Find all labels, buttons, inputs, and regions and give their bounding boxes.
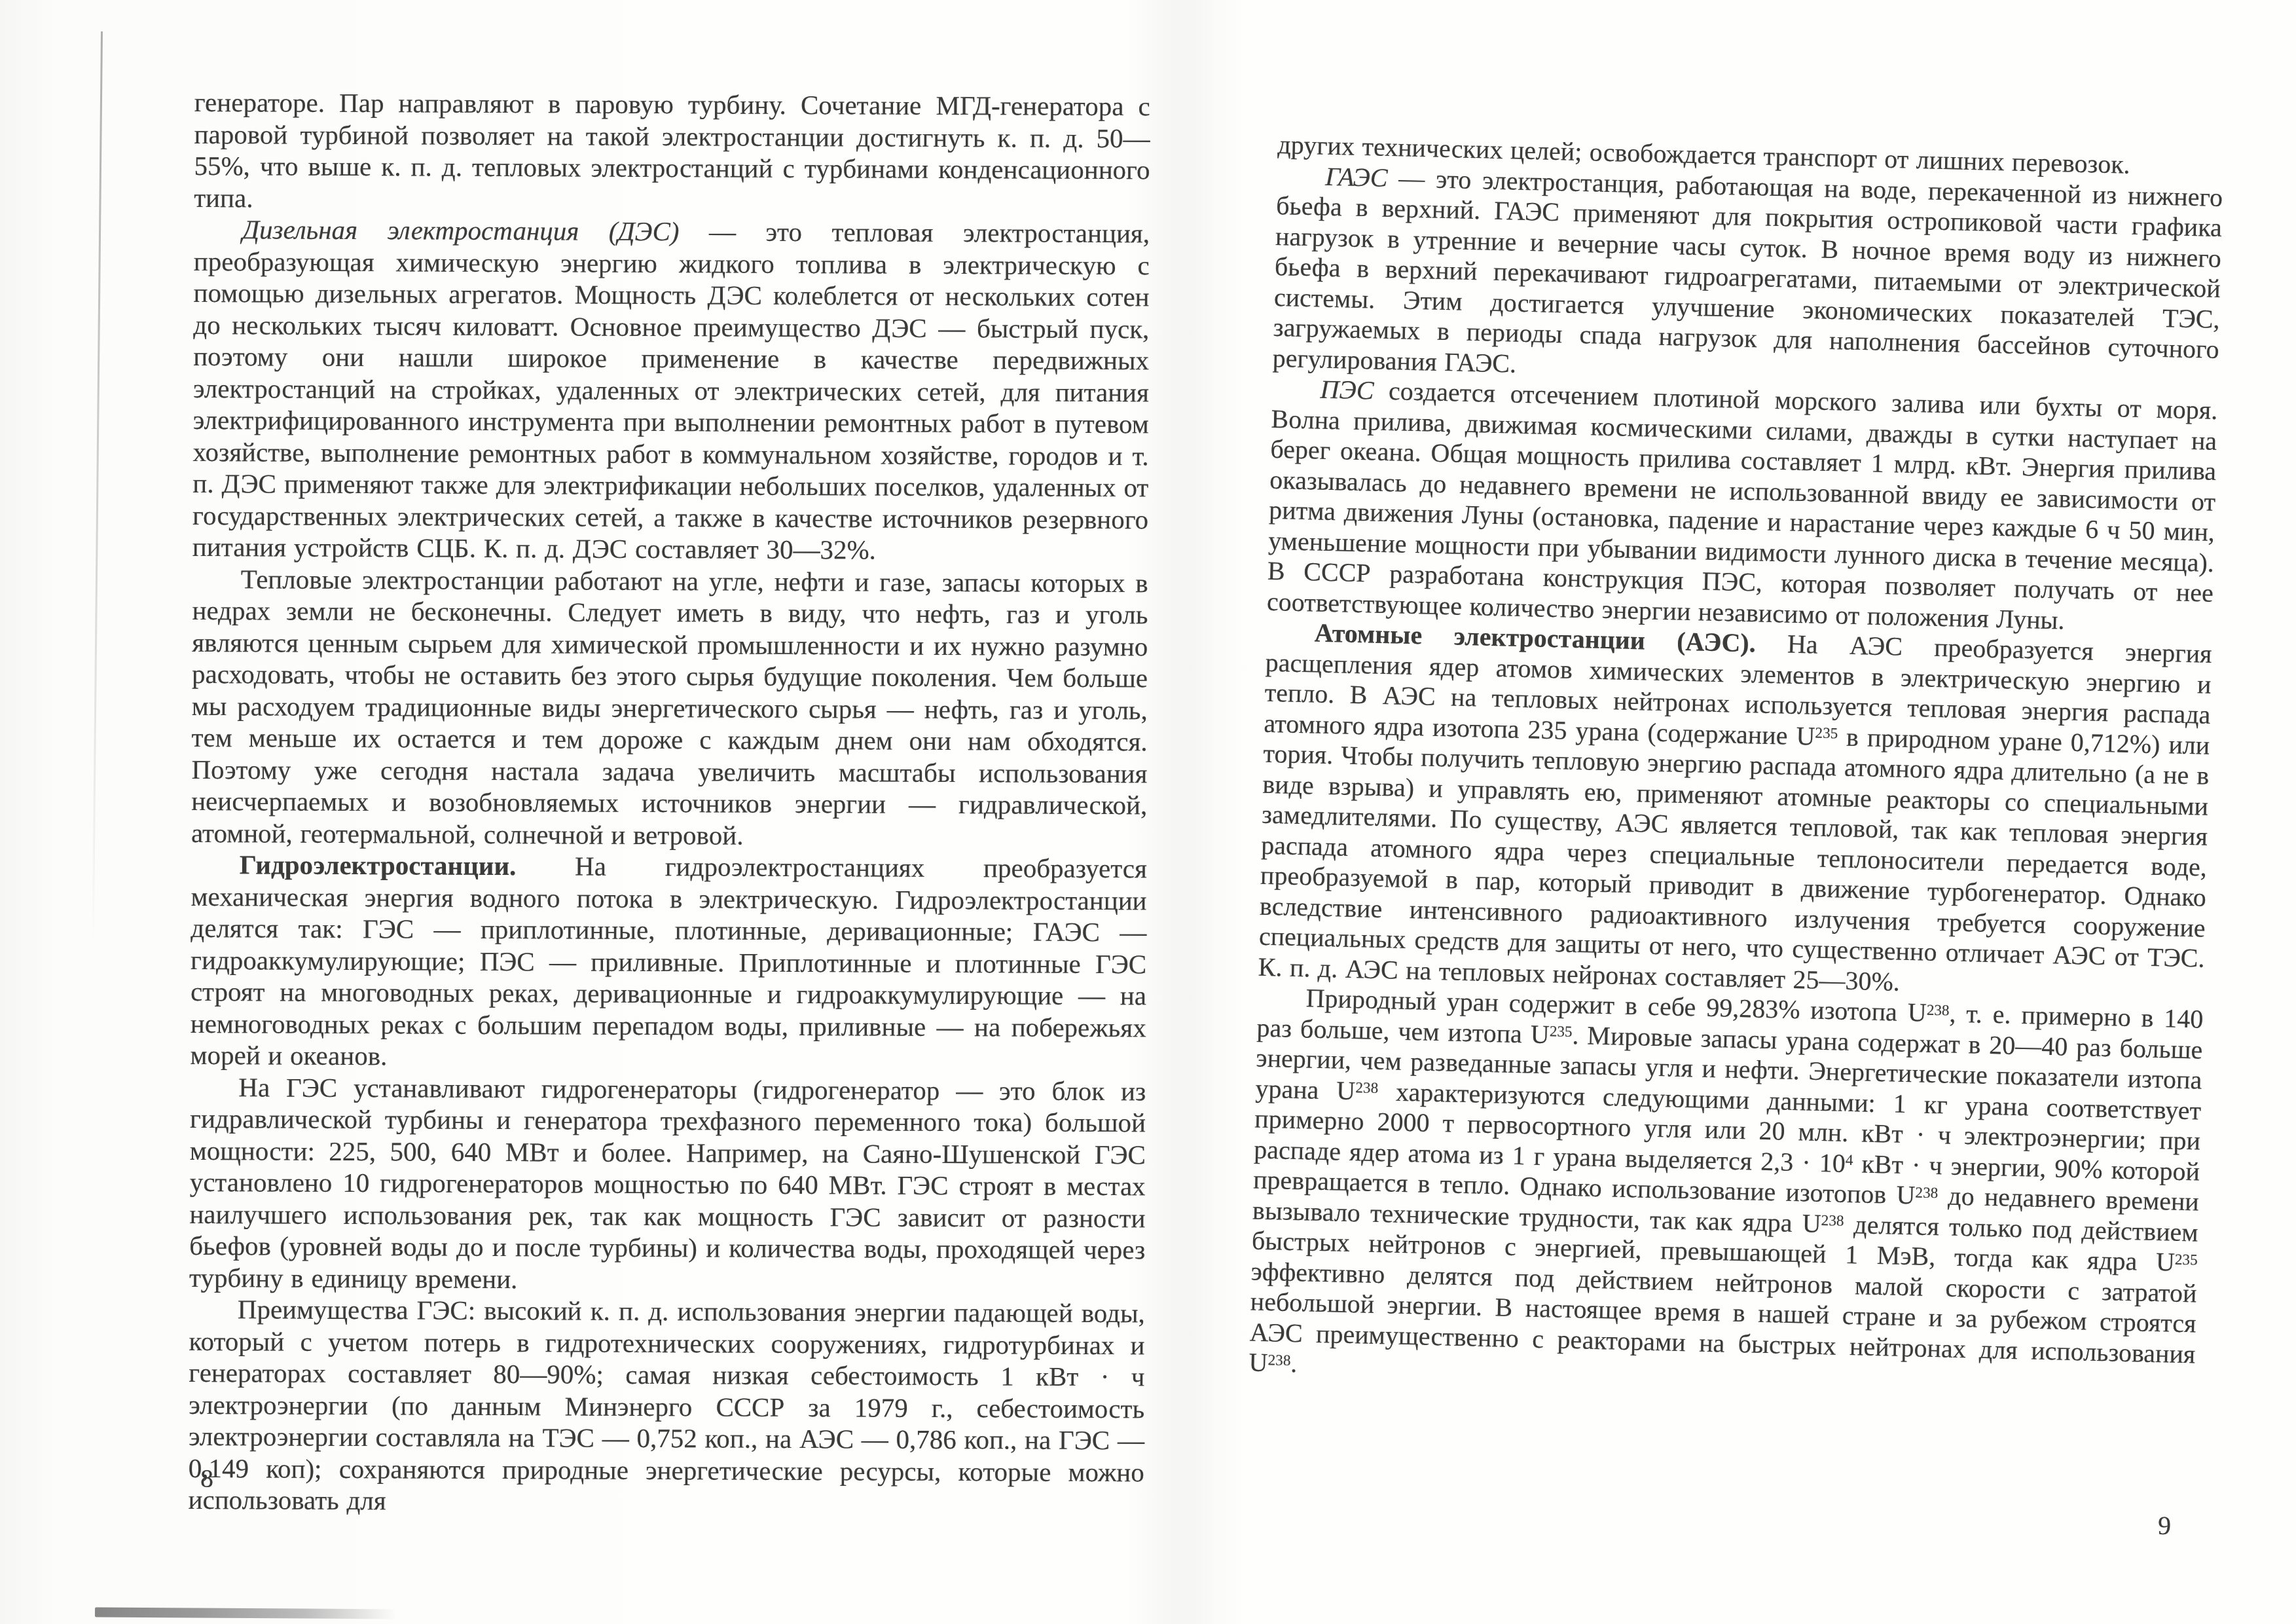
paragraph: Преимущества ГЭС: высокий к. п. д. испол… bbox=[188, 1293, 1144, 1520]
superscript: 238 bbox=[1915, 1184, 1938, 1202]
superscript: 238 bbox=[1927, 1001, 1950, 1019]
superscript: 238 bbox=[1355, 1079, 1378, 1097]
text-run: — это электростанция, работающая на воде… bbox=[1272, 162, 2223, 378]
text-run: Преимущества ГЭС: высокий к. п. д. испол… bbox=[188, 1294, 1144, 1515]
superscript: 235 bbox=[2175, 1251, 2198, 1268]
paragraph: ГАЭС — это электростанция, работающая на… bbox=[1272, 160, 2223, 395]
scan-bottom-artifact-bar bbox=[95, 1608, 396, 1619]
left-page-number: 8 bbox=[200, 1463, 213, 1494]
text-run: . bbox=[1290, 1348, 1298, 1378]
text-run: — это тепловая электростанция, преобразу… bbox=[192, 216, 1150, 564]
paragraph: На ГЭС устанавливают гидрогенераторы (ги… bbox=[189, 1071, 1146, 1297]
scanned-book-spread: { "document": { "kind": "scanned textboo… bbox=[0, 0, 2296, 1624]
superscript: 238 bbox=[1267, 1352, 1290, 1369]
paragraph: Дизельная электростанция (ДЭС) — это теп… bbox=[192, 213, 1150, 567]
text-run: эффективно делятся под действием нейтрон… bbox=[1248, 1256, 2197, 1377]
paragraph: Атомные электростанции (АЭС). На АЭС пре… bbox=[1258, 617, 2212, 1005]
superscript: 238 bbox=[1821, 1212, 1844, 1230]
text-run: ГАЭС bbox=[1325, 161, 1388, 192]
paragraph: Гидроэлектростанции. На гидроэлектростан… bbox=[190, 849, 1146, 1075]
superscript: 235 bbox=[1815, 725, 1838, 743]
scan-background: генераторе. Пар направляют в паровую тур… bbox=[0, 0, 2296, 1624]
paragraph: Природный уран содержит в себе 99,283% и… bbox=[1248, 982, 2204, 1400]
text-run: генераторе. Пар направляют в паровую тур… bbox=[194, 87, 1150, 213]
text-run: создается отсечением плотиной морского з… bbox=[1267, 376, 2218, 635]
right-page: других технических целей; освобождается … bbox=[1248, 130, 2224, 1400]
scan-edge-artifact-line bbox=[92, 31, 103, 948]
left-page: генераторе. Пар направляют в паровую тур… bbox=[188, 86, 1150, 1520]
superscript: 235 bbox=[1550, 1023, 1573, 1041]
left-page-text: генераторе. Пар направляют в паровую тур… bbox=[188, 86, 1150, 1520]
text-run: Гидроэлектростанции. bbox=[240, 849, 517, 881]
text-run: Дизельная электростанция (ДЭС) bbox=[242, 214, 680, 246]
superscript: 4 bbox=[1846, 1152, 1853, 1169]
text-run: Тепловые электростанции работают на угле… bbox=[191, 564, 1148, 850]
text-run: в природном уране 0,712%) или тория. Что… bbox=[1258, 722, 2210, 996]
right-page-number: 9 bbox=[2157, 1510, 2171, 1541]
text-run: На гидроэлектростанциях преобразуется ме… bbox=[190, 851, 1146, 1071]
paragraph: Тепловые электростанции работают на угле… bbox=[191, 563, 1148, 853]
text-run: ПЭС bbox=[1320, 375, 1374, 405]
paragraph: генераторе. Пар направляют в паровую тур… bbox=[194, 86, 1150, 217]
right-page-text: других технических целей; освобождается … bbox=[1248, 130, 2224, 1400]
text-run: На ГЭС устанавливают гидрогенераторы (ги… bbox=[189, 1072, 1146, 1294]
paragraph: ПЭС создается отсечением плотиной морско… bbox=[1266, 373, 2217, 639]
